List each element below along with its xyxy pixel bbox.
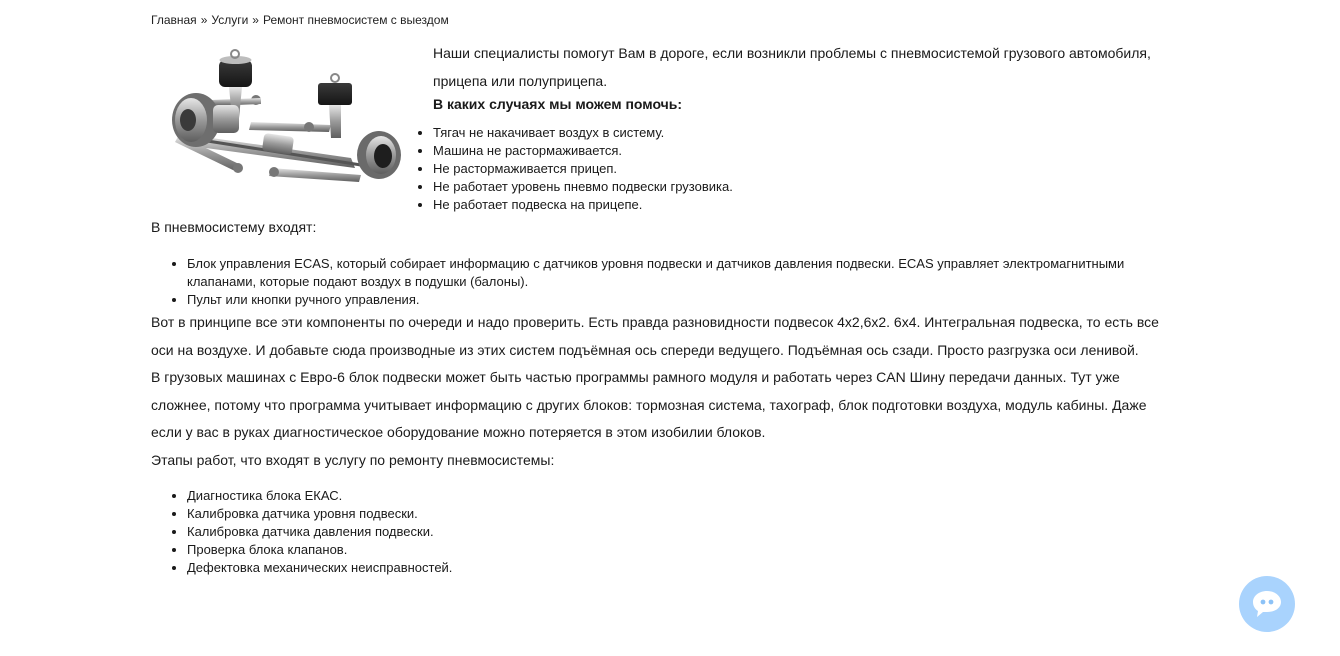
components-list: Блок управления ECAS, который собирает и… <box>151 255 1181 309</box>
list-item: Калибровка датчика уровня подвески. <box>187 505 1181 523</box>
list-item: Пульт или кнопки ручного управления. <box>187 291 1181 309</box>
list-item: Калибровка датчика давления подвески. <box>187 523 1181 541</box>
breadcrumb-separator: » <box>252 13 259 27</box>
article-body: Наши специалисты помогут Вам в дороге, е… <box>151 40 1181 577</box>
stages-list: Диагностика блока ЕКАС. Калибровка датчи… <box>151 487 1181 577</box>
breadcrumb-home[interactable]: Главная <box>151 13 197 27</box>
breadcrumb-services[interactable]: Услуги <box>211 13 248 27</box>
list-item: Дефектовка механических неисправностей. <box>187 559 1181 577</box>
chat-bubble-icon <box>1252 590 1282 618</box>
hero-image <box>151 40 417 200</box>
list-item: Проверка блока клапанов. <box>187 541 1181 559</box>
breadcrumb-current: Ремонт пневмосистем с выездом <box>263 13 449 27</box>
euro6-paragraph: В грузовых машинах с Евро-6 блок подвеск… <box>151 364 1181 447</box>
air-suspension-axle-image <box>151 40 417 200</box>
breadcrumb-separator: » <box>201 13 208 27</box>
check-paragraph: Вот в принципе все эти компоненты по оче… <box>151 309 1181 364</box>
list-item: Диагностика блока ЕКАС. <box>187 487 1181 505</box>
breadcrumb: Главная»Услуги»Ремонт пневмосистем с вые… <box>151 13 449 27</box>
components-intro: В пневмосистему входят: <box>151 214 1181 241</box>
chat-widget-button[interactable] <box>1239 576 1295 632</box>
stages-intro: Этапы работ, что входят в услугу по ремо… <box>151 447 1181 474</box>
list-item: Блок управления ECAS, который собирает и… <box>187 255 1181 291</box>
